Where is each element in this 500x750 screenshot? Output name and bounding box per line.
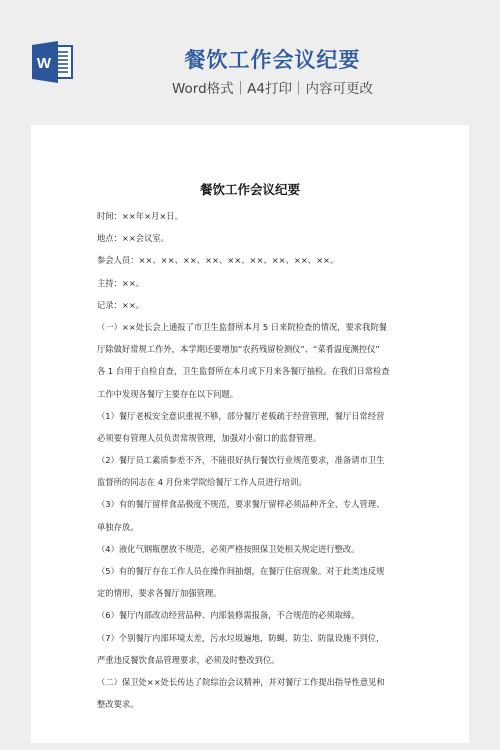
- paragraph-1: （一）××处长会上通报了市卫生监督所本月 5 日来院检查的情况，要求我院餐 厅除…: [97, 316, 403, 405]
- paragraph-5: （4）液化气钢瓶摆放不规范，必须严格按照保卫处相关规定进行整改。: [97, 538, 403, 560]
- meta-host: 主持：××。: [97, 272, 403, 294]
- meta-time: 时间：××年×月×日。: [97, 205, 403, 227]
- document-title: 餐饮工作会议纪要: [31, 180, 469, 198]
- paragraph-line: （3）有的餐厅留样食品极度不规范，要求餐厅留样必须品种齐全、专人管理、: [97, 493, 403, 515]
- paragraph-line: （4）液化气钢瓶摆放不规范，必须严格按照保卫处相关规定进行整改。: [97, 538, 403, 560]
- document-body: 时间：××年×月×日。 地点：××会议室。 参会人员：××、××、××、××、×…: [97, 205, 403, 715]
- meta-attendees: 参会人员：××、××、××、××、××、××、××、××、××。: [97, 249, 403, 271]
- meta-place: 地点：××会议室。: [97, 227, 403, 249]
- paragraph-line: （2）餐厅员工素质参差不齐，不能很好执行餐饮行业规范要求，准备请市卫生: [97, 449, 403, 471]
- paragraph-3: （2）餐厅员工素质参差不齐，不能很好执行餐饮行业规范要求，准备请市卫生 监督所的…: [97, 449, 403, 493]
- meta-recorder: 记录：××。: [97, 294, 403, 316]
- page-subtitle: Word格式｜A4打印｜内容可更改: [0, 77, 500, 97]
- paragraph-6: （5）有的餐厅存在工作人员在操作间抽烟，在餐厅住宿现象。对于此类违反规 定的情形…: [97, 560, 403, 604]
- paragraph-line: 各 1 台用于自检自查，卫生监督所在本月或下月来各餐厅抽检。在我们日常检查: [97, 360, 403, 382]
- paragraph-line: （5）有的餐厅存在工作人员在操作间抽烟，在餐厅住宿现象。对于此类违反规: [97, 560, 403, 582]
- paragraph-7: （6）餐厅内部改动经营品种、内部装修需报备，不合规范的必须取缔。: [97, 604, 403, 626]
- paragraph-9: （二）保卫处××处长传达了院综治会议精神，并对餐厅工作提出指导性意见和 整改要求…: [97, 671, 403, 715]
- paragraph-line: 监督所的同志在 4 月份来学院给餐厅工作人员进行培训。: [97, 471, 403, 493]
- paragraph-line: （7）个别餐厅内部环境太差，污水垃圾遍地，防蝇、防尘、防鼠设施不到位，: [97, 627, 403, 649]
- paragraph-line: 单独存放。: [97, 516, 403, 538]
- paragraph-line: 工作中发现各餐厅主要存在以下问题。: [97, 383, 403, 405]
- page-title: 餐饮工作会议纪要: [0, 44, 500, 74]
- paragraph-line: 必须要有管理人员负责常规管理，加强对小窗口的监督管理。: [97, 427, 403, 449]
- paragraph-line: 定的情形，要求各餐厅加强管理。: [97, 582, 403, 604]
- paragraph-2: （1）餐厅老板安全意识重视不够，部分餐厅老板疏于经营管理，餐厅日常经营 必须要有…: [97, 405, 403, 449]
- paragraph-line: （一）××处长会上通报了市卫生监督所本月 5 日来院检查的情况，要求我院餐: [97, 316, 403, 338]
- paragraph-4: （3）有的餐厅留样食品极度不规范，要求餐厅留样必须品种齐全、专人管理、 单独存放…: [97, 493, 403, 537]
- paragraph-line: （1）餐厅老板安全意识重视不够，部分餐厅老板疏于经营管理，餐厅日常经营: [97, 405, 403, 427]
- paragraph-8: （7）个别餐厅内部环境太差，污水垃圾遍地，防蝇、防尘、防鼠设施不到位， 严重违反…: [97, 627, 403, 671]
- document-page: 餐饮工作会议纪要 时间：××年×月×日。 地点：××会议室。 参会人员：××、×…: [31, 125, 469, 743]
- paragraph-line: （二）保卫处××处长传达了院综治会议精神，并对餐厅工作提出指导性意见和: [97, 671, 403, 693]
- paragraph-line: 厅除做好常规工作外，本学期还要增加“农药残留检测仪”、“菜肴温度测控仪”: [97, 338, 403, 360]
- paragraph-line: 严重违反餐饮食品管理要求，必须及时整改到位。: [97, 649, 403, 671]
- paragraph-line: （6）餐厅内部改动经营品种、内部装修需报备，不合规范的必须取缔。: [97, 604, 403, 626]
- header-banner: W 餐饮工作会议纪要 Word格式｜A4打印｜内容可更改: [0, 0, 500, 125]
- paragraph-line: 整改要求。: [97, 693, 403, 715]
